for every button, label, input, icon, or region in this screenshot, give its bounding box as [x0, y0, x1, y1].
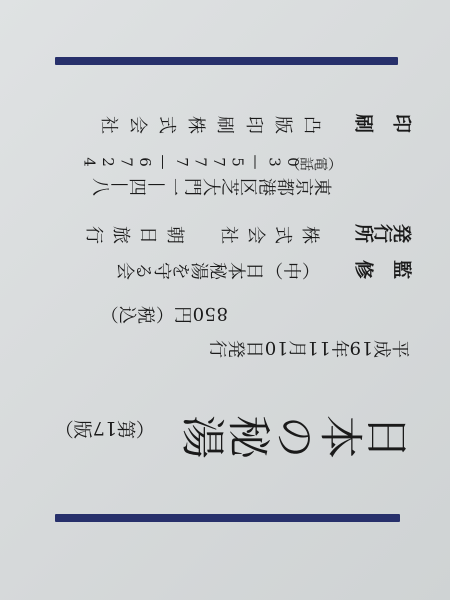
printer-label: 印 刷 — [355, 112, 412, 131]
top-rule — [55, 514, 400, 522]
price: 850円（税込） — [100, 304, 228, 322]
supervisor-name: （中）日本秘湯を守る会 — [117, 260, 321, 278]
phone-number: 03—5777—6724 — [80, 154, 302, 169]
publisher-name: 株式会社 朝日旅行 — [77, 224, 320, 242]
publisher-address: 東京都港区芝大門一—四—八 — [92, 176, 333, 194]
bottom-rule — [55, 57, 398, 65]
edition-label: （第17版） — [55, 418, 155, 437]
colophon-page: 日本の秘湯 （第17版） 平成19年11月10日発行 850円（税込） 監 修 … — [0, 0, 450, 600]
colophon-rotated-block: 日本の秘湯 （第17版） 平成19年11月10日発行 850円（税込） 監 修 … — [0, 0, 450, 600]
book-title: 日本の秘湯 — [180, 410, 410, 454]
publish-date: 平成19年11月10日発行 — [209, 338, 410, 356]
printer-name: 凸版印刷株式会社 — [90, 114, 322, 132]
supervisor-label: 監 修 — [355, 258, 412, 277]
publisher-label: 発行所 — [355, 222, 412, 241]
